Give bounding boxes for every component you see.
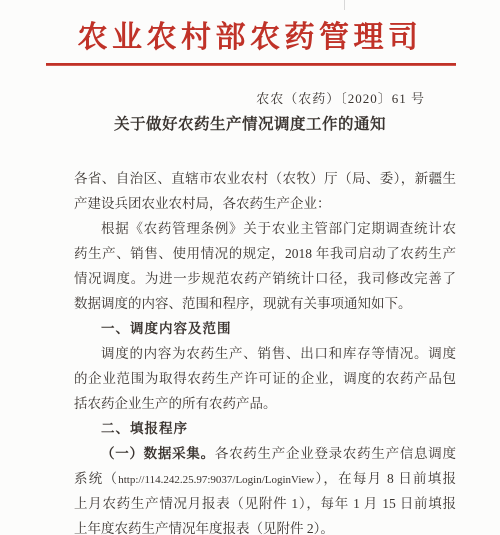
text-segment: 括农药企业生产的所有农药产品。 <box>74 396 277 411</box>
text-segment: 系统（ <box>74 471 118 486</box>
system-url-text: http://114.242.25.97:9037/Login/LoginVie… <box>118 474 314 486</box>
document-page: 农业农村部农药管理司 农农（农药）〔2020〕61 号 关于做好农药生产情况调度… <box>0 0 500 535</box>
heading-scope: 一、调度内容及范围 <box>74 316 456 341</box>
body-line: 上月农药生产情况月报表（见附件 1），每年 1 月 15 日前填报 <box>74 491 456 516</box>
body-line: 情况调度。为进一步规范农药产销统计口径，我司修改完善了 <box>74 266 456 291</box>
text-segment: 情况调度。为进一步规范农药产销统计口径，我司修改完善了 <box>74 271 456 286</box>
text-segment: 上年度农药生产情况年度报表（见附件 2）。 <box>74 521 334 535</box>
text-segment: 数据调度的内容、范围和程序，现就有关事项通知如下。 <box>74 296 412 311</box>
body-line: 数据调度的内容、范围和程序，现就有关事项通知如下。 <box>74 291 456 316</box>
intro-paragraph: 根据《农药管理条例》关于农业主管部门定期调查统计农药生产、销售、使用情况的规定，… <box>74 216 456 316</box>
body-line: 系统（http://114.242.25.97:9037/Login/Login… <box>74 466 456 491</box>
body-line: 的企业范围为取得农药生产许可证的企业，调度的农药产品包 <box>74 366 456 391</box>
text-segment: 的企业范围为取得农药生产许可证的企业，调度的农药产品包 <box>74 371 456 386</box>
body-line: 括农药企业生产的所有农药产品。 <box>74 391 456 416</box>
section-heading: 一、调度内容及范围 <box>74 316 456 341</box>
document-number: 农农（农药）〔2020〕61 号 <box>0 91 500 107</box>
scan-artifact-line <box>344 0 345 10</box>
text-segment: （一）数据采集。 <box>101 446 215 461</box>
body-line: 各省、自治区、直辖市农业农村（农牧）厅（局、委），新疆生 <box>74 166 456 191</box>
body-line: （一）数据采集。各农药生产企业登录农药生产信息调度 <box>74 441 456 466</box>
body-line: 上年度农药生产情况年度报表（见附件 2）。 <box>74 516 456 535</box>
body-line: 调度的内容为农药生产、销售、出口和库存等情况。调度 <box>74 341 456 366</box>
text-segment: 药生产、销售、使用情况的规定，2018 年我司启动了农药生产 <box>74 246 456 261</box>
department-name: 农业农村部农药管理司 <box>0 21 500 55</box>
document-title: 关于做好农药生产情况调度工作的通知 <box>0 114 500 135</box>
procedure-paragraph: （一）数据采集。各农药生产企业登录农药生产信息调度系统（http://114.2… <box>74 441 456 535</box>
letterhead: 农业农村部农药管理司 <box>0 0 500 66</box>
text-segment: 各省、自治区、直辖市农业农村（农牧）厅（局、委），新疆生 <box>74 171 456 186</box>
section-heading: 二、填报程序 <box>74 416 456 441</box>
text-segment: 二、填报程序 <box>101 421 188 436</box>
text-segment: ），在每月 8 日前填报 <box>314 471 456 486</box>
heading-procedure: 二、填报程序 <box>74 416 456 441</box>
text-segment: 调度的内容为农药生产、销售、出口和库存等情况。调度 <box>101 346 456 361</box>
text-segment: 一、调度内容及范围 <box>101 321 232 336</box>
text-segment: 各农药生产企业登录农药生产信息调度 <box>215 446 456 461</box>
document-body: 各省、自治区、直辖市农业农村（农牧）厅（局、委），新疆生产建设兵团农业农村局，各… <box>74 166 456 535</box>
body-line: 药生产、销售、使用情况的规定，2018 年我司启动了农药生产 <box>74 241 456 266</box>
body-line: 根据《农药管理条例》关于农业主管部门定期调查统计农 <box>74 216 456 241</box>
addressee-paragraph: 各省、自治区、直辖市农业农村（农牧）厅（局、委），新疆生产建设兵团农业农村局，各… <box>74 166 456 216</box>
letterhead-red-rule <box>46 63 456 66</box>
text-segment: 产建设兵团农业农村局，各农药生产企业： <box>74 196 331 211</box>
scope-paragraph: 调度的内容为农药生产、销售、出口和库存等情况。调度的企业范围为取得农药生产许可证… <box>74 341 456 416</box>
text-segment: 根据《农药管理条例》关于农业主管部门定期调查统计农 <box>101 221 456 236</box>
text-segment: 上月农药生产情况月报表（见附件 1），每年 1 月 15 日前填报 <box>74 496 456 511</box>
body-line: 产建设兵团农业农村局，各农药生产企业： <box>74 191 456 216</box>
